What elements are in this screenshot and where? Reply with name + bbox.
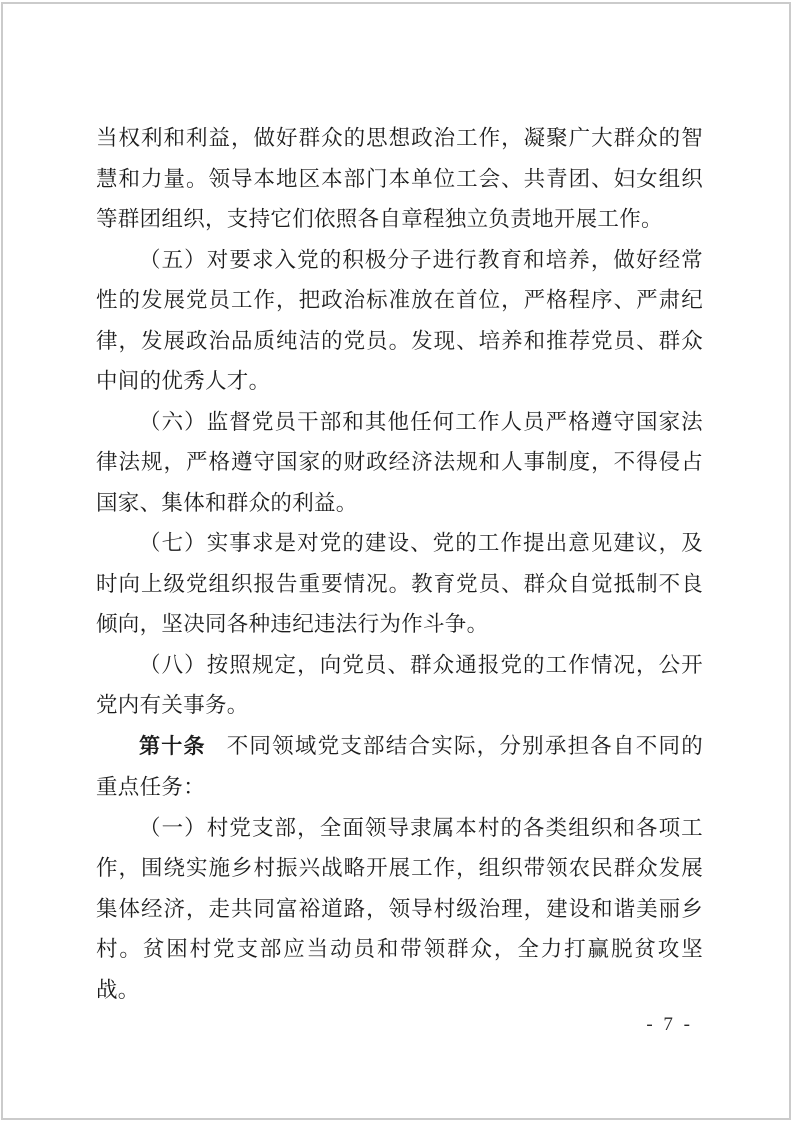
paragraph-item-8: （八）按照规定，向党员、群众通报党的工作情况，公开党内有关事务。 bbox=[96, 645, 703, 726]
paragraph-article-10: 第十条不同领域党支部结合实际，分别承担各自不同的重点任务： bbox=[96, 726, 703, 808]
page-number: - 7 - bbox=[646, 1014, 693, 1036]
document-body: 当权利和利益，做好群众的思想政治工作，凝聚广大群众的智慧和力量。领导本地区本部门… bbox=[96, 118, 703, 1010]
document-page: 当权利和利益，做好群众的思想政治工作，凝聚广大群众的智慧和力量。领导本地区本部门… bbox=[0, 0, 793, 1122]
paragraph-item-1-village: （一）村党支部，全面领导隶属本村的各类组织和各项工作，围绕实施乡村振兴战略开展工… bbox=[96, 808, 703, 1011]
article-number-label: 第十条 bbox=[139, 735, 206, 758]
paragraph-item-6: （六）监督党员干部和其他任何工作人员严格遵守国家法律法规，严格遵守国家的财政经济… bbox=[96, 402, 703, 524]
paragraph-item-5: （五）对要求入党的积极分子进行教育和培养，做好经常性的发展党员工作，把政治标准放… bbox=[96, 240, 703, 402]
paragraph-continuation: 当权利和利益，做好群众的思想政治工作，凝聚广大群众的智慧和力量。领导本地区本部门… bbox=[96, 118, 703, 240]
paragraph-item-7: （七）实事求是对党的建设、党的工作提出意见建议，及时向上级党组织报告重要情况。教… bbox=[96, 523, 703, 645]
